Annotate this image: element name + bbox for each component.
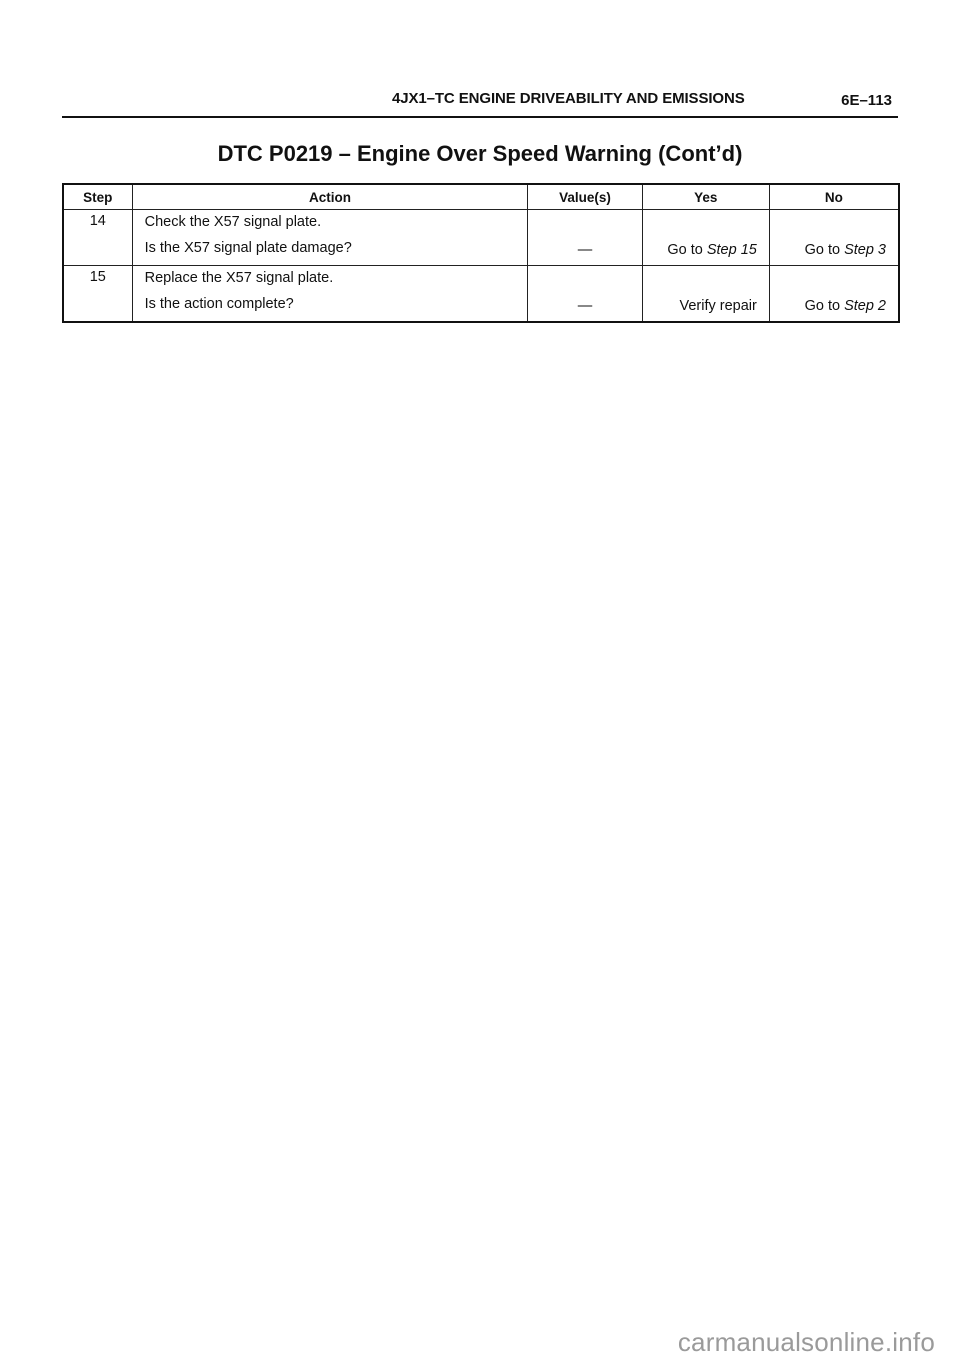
table-row: 14 Check the X57 signal plate. Is the X5… (63, 210, 899, 266)
no-cell: Go to Step 3 (769, 210, 899, 266)
column-header-values: Value(s) (528, 184, 642, 210)
no-step-link[interactable]: Step 3 (844, 242, 886, 258)
value-text: — (528, 240, 641, 265)
step-number: 14 (63, 210, 132, 266)
table-row: 15 Replace the X57 signal plate. Is the … (63, 266, 899, 323)
watermark: carmanualsonline.info (678, 1327, 935, 1358)
yes-cell: Verify repair (642, 266, 769, 323)
action-cell: Replace the X57 signal plate. Is the act… (132, 266, 528, 323)
section-title: 4JX1–TC ENGINE DRIVEABILITY AND EMISSION… (392, 90, 745, 107)
step-number: 15 (63, 266, 132, 323)
page-title: DTC P0219 – Engine Over Speed Warning (C… (0, 141, 960, 167)
no-prefix: Go to (805, 298, 845, 314)
action-question: Is the X57 signal plate damage? (133, 237, 528, 263)
column-header-no: No (769, 184, 899, 210)
no-prefix: Go to (805, 242, 845, 258)
page-number: 6E–113 (841, 92, 892, 109)
table-header-row: Step Action Value(s) Yes No (63, 184, 899, 210)
no-step-link[interactable]: Step 2 (844, 298, 886, 314)
yes-prefix: Verify repair (679, 298, 756, 314)
yes-step-link[interactable]: Step 15 (707, 242, 757, 258)
yes-prefix: Go to (667, 242, 707, 258)
column-header-step: Step (63, 184, 132, 210)
value-text: — (528, 296, 641, 321)
action-instruction: Check the X57 signal plate. (133, 210, 528, 237)
yes-cell: Go to Step 15 (642, 210, 769, 266)
value-cell: — (528, 266, 642, 323)
column-header-yes: Yes (642, 184, 769, 210)
value-cell: — (528, 210, 642, 266)
diagnostic-table: Step Action Value(s) Yes No 14 Check the… (62, 183, 900, 323)
action-question: Is the action complete? (133, 293, 528, 319)
action-instruction: Replace the X57 signal plate. (133, 266, 528, 293)
running-header: 4JX1–TC ENGINE DRIVEABILITY AND EMISSION… (62, 88, 898, 118)
column-header-action: Action (132, 184, 528, 210)
no-cell: Go to Step 2 (769, 266, 899, 323)
action-cell: Check the X57 signal plate. Is the X57 s… (132, 210, 528, 266)
